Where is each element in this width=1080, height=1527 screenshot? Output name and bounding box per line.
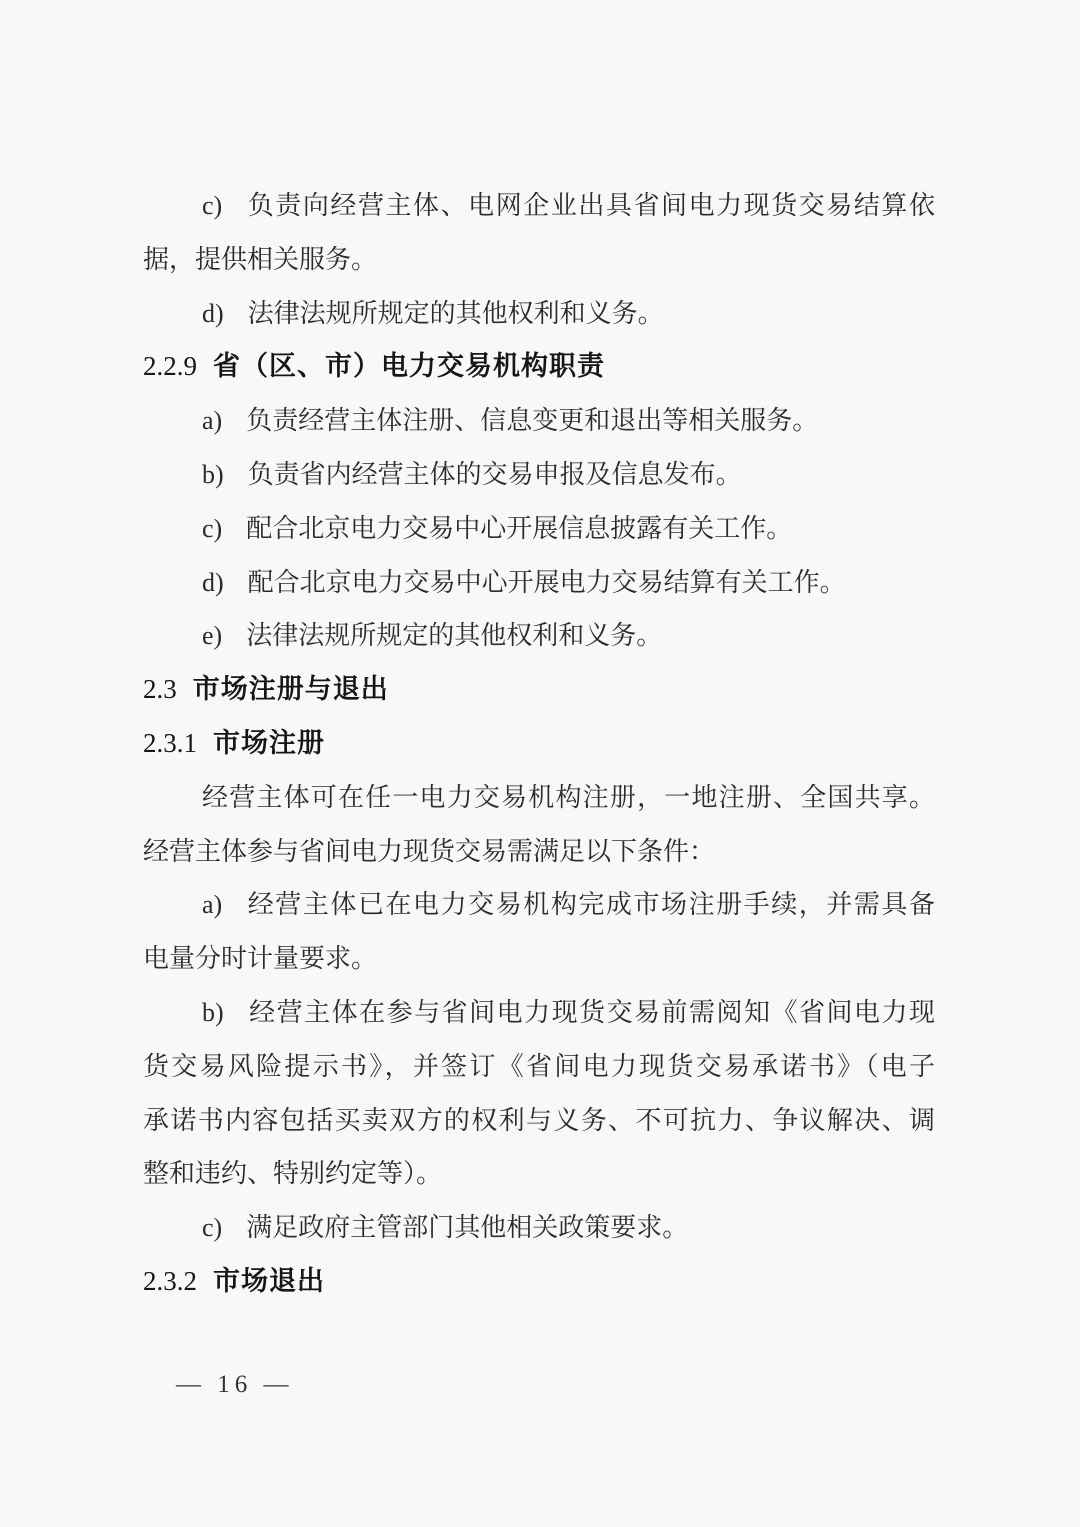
line-text: 据，提供相关服务。: [143, 245, 377, 274]
heading-text: 省（区、市）电力交易机构职责: [213, 351, 605, 381]
list-item-line: d)配合北京电力交易中心开展电力交易结算有关工作。: [143, 556, 935, 610]
section-heading: 2.3.1市场注册: [143, 717, 935, 771]
line-text: 整和违约、特别约定等）。: [143, 1159, 442, 1188]
heading-number: 2.3: [143, 674, 177, 704]
section-heading: 2.3.2市场退出: [143, 1255, 935, 1309]
item-marker: b): [202, 460, 224, 489]
section-heading: 2.2.9省（区、市）电力交易机构职责: [143, 340, 935, 394]
heading-number: 2.2.9: [143, 351, 197, 381]
list-item-line: a)经营主体已在电力交易机构完成市场注册手续，并需具备: [143, 878, 935, 932]
list-item-line: b)负责省内经营主体的交易申报及信息发布。: [143, 448, 935, 502]
heading-text: 市场注册: [213, 728, 325, 758]
line-text: 负责省内经营主体的交易申报及信息发布。: [248, 460, 742, 489]
line-text: 电量分时计量要求。: [143, 944, 377, 973]
item-marker: a): [202, 406, 222, 435]
line-text: 满足政府主管部门其他相关政策要求。: [246, 1213, 688, 1242]
item-marker: b): [202, 998, 224, 1027]
list-item-line: c)配合北京电力交易中心开展信息披露有关工作。: [143, 502, 935, 556]
list-item-line: c)负责向经营主体、电网企业出具省间电力现货交易结算依: [143, 179, 935, 233]
line-text: 负责经营主体注册、信息变更和退出等相关服务。: [246, 406, 818, 435]
paragraph-line: 电量分时计量要求。: [143, 932, 935, 986]
line-text: 负责向经营主体、电网企业出具省间电力现货交易结算依: [246, 191, 935, 220]
line-text: 法律法规所规定的其他权利和义务。: [246, 621, 662, 650]
heading-text: 市场退出: [213, 1266, 325, 1296]
line-text: 经营主体在参与省间电力现货交易前需阅知《省间电力现: [248, 998, 935, 1027]
line-text: 经营主体参与省间电力现货交易需满足以下条件：: [143, 837, 715, 866]
paragraph-line: 据，提供相关服务。: [143, 233, 935, 287]
item-marker: d): [202, 299, 224, 328]
line-text: 配合北京电力交易中心开展信息披露有关工作。: [246, 514, 792, 543]
item-marker: c): [202, 191, 222, 220]
line-text: 法律法规所规定的其他权利和义务。: [248, 299, 664, 328]
document-page: c)负责向经营主体、电网企业出具省间电力现货交易结算依 据，提供相关服务。 d)…: [0, 0, 1080, 1527]
paragraph-line: 经营主体参与省间电力现货交易需满足以下条件：: [143, 825, 935, 879]
line-text: 经营主体已在电力交易机构完成市场注册手续，并需具备: [246, 890, 935, 919]
item-marker: a): [202, 890, 222, 919]
line-text: 货交易风险提示书》，并签订《省间电力现货交易承诺书》（电子: [143, 1052, 935, 1081]
heading-number: 2.3.1: [143, 728, 197, 758]
item-marker: e): [202, 621, 222, 650]
item-marker: d): [202, 568, 224, 597]
paragraph-line: 货交易风险提示书》，并签订《省间电力现货交易承诺书》（电子: [143, 1040, 935, 1094]
paragraph-line: 承诺书内容包括买卖双方的权利与义务、不可抗力、争议解决、调: [143, 1094, 935, 1148]
list-item-line: b)经营主体在参与省间电力现货交易前需阅知《省间电力现: [143, 986, 935, 1040]
item-marker: c): [202, 1213, 222, 1242]
page-number: — 16 —: [176, 1368, 294, 1402]
list-item-line: a)负责经营主体注册、信息变更和退出等相关服务。: [143, 394, 935, 448]
list-item-line: e)法律法规所规定的其他权利和义务。: [143, 609, 935, 663]
paragraph-line: 整和违约、特别约定等）。: [143, 1147, 935, 1201]
line-text: 配合北京电力交易中心开展电力交易结算有关工作。: [248, 568, 846, 597]
line-text: 承诺书内容包括买卖双方的权利与义务、不可抗力、争议解决、调: [143, 1106, 935, 1135]
item-marker: c): [202, 514, 222, 543]
document-content: c)负责向经营主体、电网企业出具省间电力现货交易结算依 据，提供相关服务。 d)…: [143, 0, 935, 1309]
list-item-line: d)法律法规所规定的其他权利和义务。: [143, 287, 935, 341]
paragraph-line: 经营主体可在任一电力交易机构注册，一地注册、全国共享。: [143, 771, 935, 825]
section-heading: 2.3市场注册与退出: [143, 663, 935, 717]
list-item-line: c)满足政府主管部门其他相关政策要求。: [143, 1201, 935, 1255]
line-text: 经营主体可在任一电力交易机构注册，一地注册、全国共享。: [202, 783, 935, 812]
heading-number: 2.3.2: [143, 1266, 197, 1296]
heading-text: 市场注册与退出: [193, 674, 389, 704]
